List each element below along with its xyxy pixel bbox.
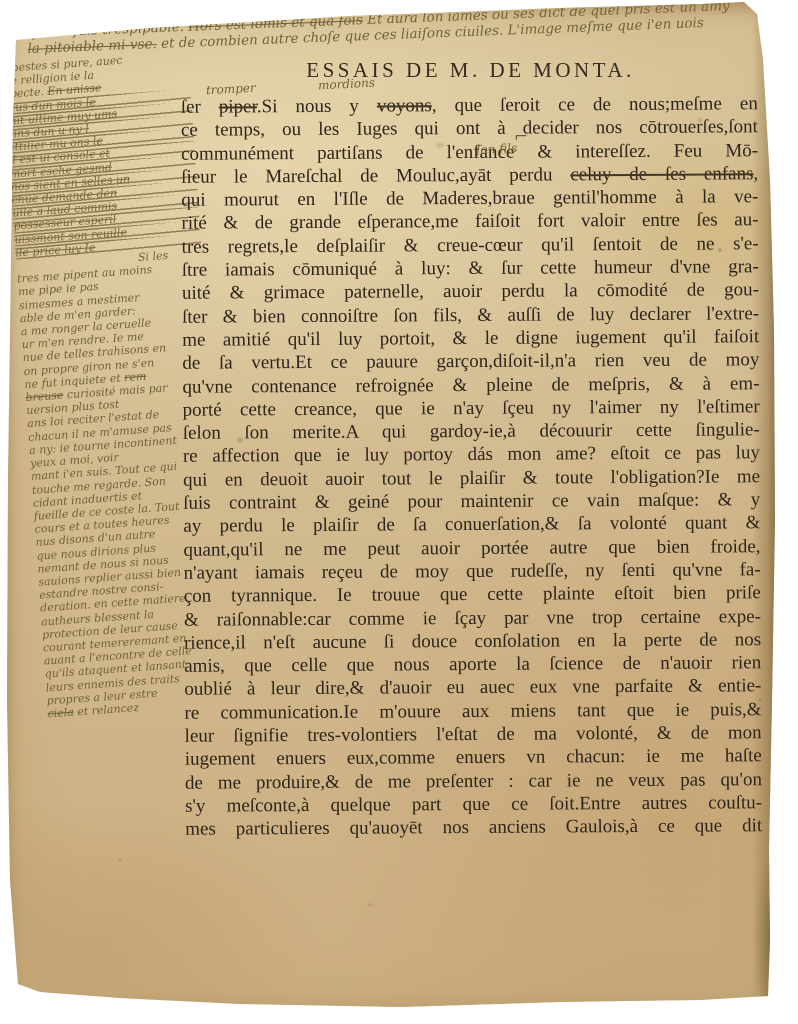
text-run: qu'vne contenance refroignée & pleine de… bbox=[182, 373, 759, 398]
interlinear-correction: mordions bbox=[318, 76, 376, 93]
print-line: ce temps, ou les Iuges qui ont à decider… bbox=[181, 116, 758, 143]
print-line: çon tyrannique. Ie trouue que cette plai… bbox=[184, 581, 761, 608]
text-run: ce temps, ou les Iuges qui ont à decider… bbox=[181, 117, 758, 142]
text-run: oublié à leur dire,& d'auoir eu auec eux… bbox=[184, 676, 761, 701]
print-line: quant,qu'il ne me peut auoir portée autr… bbox=[183, 535, 760, 562]
text-run: ſter & bien connoiſtre ſon fils, & auſſi… bbox=[182, 303, 759, 328]
text-run: re affection que ie luy portoy dás mon a… bbox=[183, 443, 760, 468]
text-run: rience,il n'eſt aucune ſi douce conſolat… bbox=[184, 629, 761, 654]
insertion-mark: ⌐ bbox=[514, 127, 528, 147]
print-line: me amitié qu'il luy portoit, & le digne … bbox=[182, 325, 759, 352]
print-line: n'ayant iamais reçeu de moy que rudeſſe,… bbox=[184, 558, 761, 585]
print-line: oublié à leur dire,& d'auoir eu auec eux… bbox=[184, 675, 761, 702]
text-run: ſtre iamais cōmuniqué à luy: & ſur cette… bbox=[182, 256, 759, 281]
print-line: porté cette creance, que ie n'ay ſçeu ny… bbox=[183, 395, 760, 422]
text-run: porté cette creance, que ie n'ay ſçeu ny… bbox=[183, 396, 760, 421]
text-run: rité & de grande eſperance,me faiſoit fo… bbox=[181, 210, 758, 235]
print-line: leur ſignifie tres-volontiers l'eſtat de… bbox=[185, 721, 762, 748]
struck-text: piper bbox=[219, 96, 257, 117]
page-sheet: Au cas que con pipe une chose que peut l… bbox=[0, 0, 798, 1024]
print-line: s'y meſconte,à quelque part que ce ſoit.… bbox=[185, 791, 762, 818]
interlinear-correction: ſon fils bbox=[476, 141, 518, 157]
text-run: me amitié qu'il luy portoit, & le digne … bbox=[182, 326, 759, 351]
text-run: ſelon ſon merite.A qui gardoy-ie,à décou… bbox=[183, 419, 760, 444]
text-run: uité & grimace paternelle, auoir perdu l… bbox=[182, 280, 759, 305]
text-run: ſieur le Mareſchal de Mouluc,ayāt perdu bbox=[181, 164, 570, 187]
print-line: mes particulieres qu'auoyēt nos anciens … bbox=[185, 814, 762, 841]
text-run: amis, que celle que nous aporte la ſcien… bbox=[184, 652, 761, 677]
print-line: ſuis contraint & geiné pour maintenir ce… bbox=[183, 488, 760, 515]
text-run: qui mourut en l'Iſle de Maderes,braue ge… bbox=[181, 186, 758, 211]
marginalia-top: Au cas que con pipe une chose que peut l… bbox=[26, 0, 771, 57]
print-line: tres regrets,le deſplaiſir & creue-cœur … bbox=[182, 232, 759, 259]
text-run: ſer bbox=[181, 97, 219, 118]
print-line: uité & grimace paternelle, auoir perdu l… bbox=[182, 279, 759, 306]
page-corner-shade bbox=[744, 864, 780, 1014]
printed-text-block: ſer piper.Si nous y voyons, que ſeroit c… bbox=[181, 92, 763, 841]
struck-text: ciela bbox=[47, 706, 74, 721]
print-line: amis, que celle que nous aporte la ſcien… bbox=[184, 651, 761, 678]
struck-text: rem bbox=[124, 370, 147, 385]
print-line: communément partiſans de l'enfance & int… bbox=[181, 139, 758, 166]
print-line: & raiſonnable:car comme ie ſçay par vne … bbox=[184, 605, 761, 632]
running-title: ESSAIS DE M. DE MONTA. bbox=[183, 58, 758, 83]
print-line: ſelon ſon merite.A qui gardoy-ie,à décou… bbox=[183, 418, 760, 445]
print-line: ſtre iamais cōmuniqué à luy: & ſur cette… bbox=[182, 255, 759, 282]
print-line: ſer piper.Si nous y voyons, que ſeroit c… bbox=[181, 92, 758, 119]
text-run: iugement enuers eux,comme enuers vn chac… bbox=[185, 746, 762, 771]
print-line: ſieur le Mareſchal de Mouluc,ayāt perdu … bbox=[181, 162, 758, 189]
print-line: rience,il n'eſt aucune ſi douce conſolat… bbox=[184, 628, 761, 655]
text-run: & raiſonnable:car comme ie ſçay par vne … bbox=[184, 606, 761, 631]
text-run: Au cas que con pipe bbox=[26, 3, 168, 24]
text-run: ay perdu le plaiſir de ſa conuerſation,&… bbox=[183, 513, 760, 538]
text-run: n'ayant iamais reçeu de moy que rudeſſe,… bbox=[184, 559, 761, 584]
text-run: mes particulieres qu'auoyēt nos anciens … bbox=[185, 815, 762, 840]
text-run: , que ſeroit ce de nous;meſme en bbox=[432, 93, 758, 116]
text-run: leur ſignifie tres-volontiers l'eſtat de… bbox=[185, 722, 762, 747]
text-run: , bbox=[753, 163, 758, 184]
text-run: communément partiſans de l'enfance & int… bbox=[181, 140, 758, 165]
text-run: de me produire,& de me preſenter : car i… bbox=[185, 769, 762, 794]
struck-text: celuy de ſes enfans bbox=[570, 163, 753, 185]
text-run: Si les bbox=[138, 249, 169, 264]
text-run: çon tyrannique. Ie trouue que cette plai… bbox=[184, 582, 761, 607]
text-run: qui en deuoit auoir tout le plaiſir & to… bbox=[183, 466, 760, 491]
print-line: qu'vne contenance refroignée & pleine de… bbox=[182, 372, 759, 399]
interlinear-correction: tromper bbox=[206, 81, 256, 98]
print-line: re communication.Ie m'ouure aux miens ta… bbox=[184, 698, 761, 725]
print-line: qui mourut en l'Iſle de Maderes,braue ge… bbox=[181, 185, 758, 212]
print-line: qui en deuoit auoir tout le plaiſir & to… bbox=[183, 465, 760, 492]
struck-text: voyons bbox=[377, 95, 432, 116]
text-run: re communication.Ie m'ouure aux miens ta… bbox=[184, 699, 761, 724]
text-run: s'y meſconte,à quelque part que ce ſoit.… bbox=[185, 792, 762, 817]
print-line: iugement enuers eux,comme enuers vn chac… bbox=[185, 745, 762, 772]
text-run: tres regrets,le deſplaiſir & creue-cœur … bbox=[182, 233, 759, 258]
print-line: de ſa vertu.Et ce pauure garçon,diſoit-i… bbox=[182, 349, 759, 376]
text-run: quant,qu'il ne me peut auoir portée autr… bbox=[183, 536, 760, 561]
print-line: re affection que ie luy portoy dás mon a… bbox=[183, 442, 760, 469]
print-line: rité & de grande eſperance,me faiſoit fo… bbox=[181, 209, 758, 236]
print-line: ſter & bien connoiſtre ſon fils, & auſſi… bbox=[182, 302, 759, 329]
scanned-book-page: Au cas que con pipe une chose que peut l… bbox=[0, 0, 798, 1024]
print-line: ay perdu le plaiſir de ſa conuerſation,&… bbox=[183, 512, 760, 539]
print-line: de me produire,& de me preſenter : car i… bbox=[185, 768, 762, 795]
text-run: de ſa vertu.Et ce pauure garçon,diſoit-i… bbox=[182, 350, 759, 375]
text-run: .Si nous y bbox=[257, 96, 377, 118]
text-run: ſuis contraint & geiné pour maintenir ce… bbox=[183, 489, 760, 514]
